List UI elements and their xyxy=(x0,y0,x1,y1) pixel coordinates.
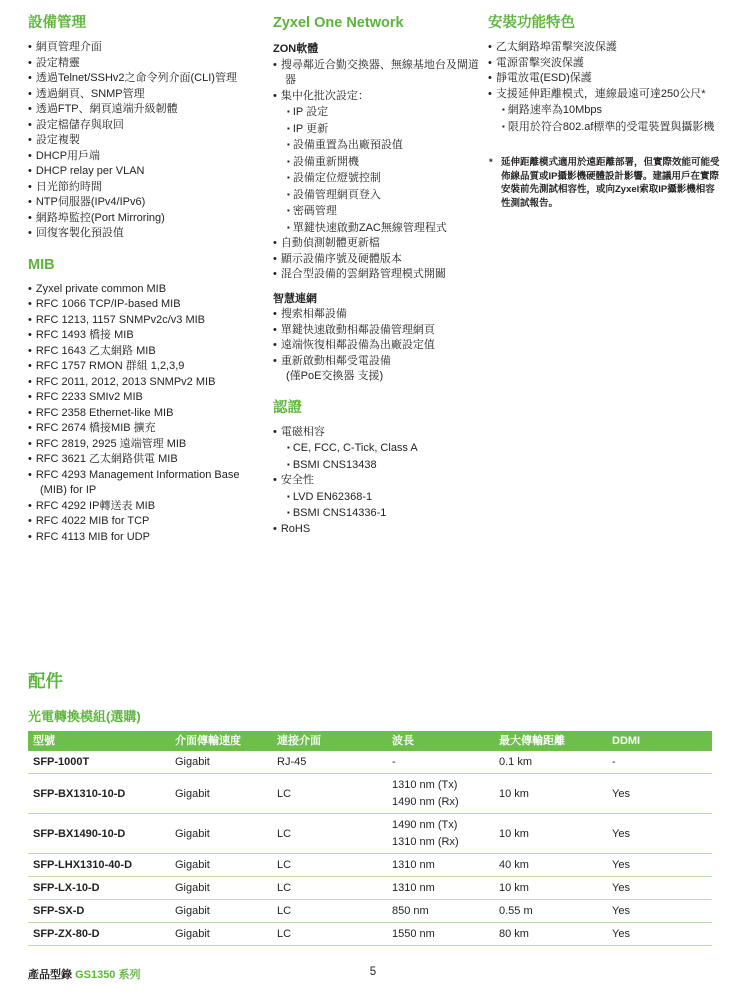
text: 認證 xyxy=(273,400,302,416)
section-heading: Zyxel One Network xyxy=(273,14,480,33)
section-heading: 設備管理 xyxy=(28,14,268,33)
bullet-icon: • xyxy=(28,212,32,224)
text: 透過FTP、網頁遠端升級韌體 xyxy=(36,103,178,115)
table-cell-ddmi: Yes xyxy=(607,774,712,814)
sfp-module-subheading: 光電轉換模組(選購) xyxy=(28,709,712,725)
bullet-icon: • xyxy=(28,283,32,295)
text: Zyxel private common MIB xyxy=(36,283,166,295)
list-item: ▪設備重新開機 xyxy=(273,154,480,171)
text: 安裝功能特色 xyxy=(488,15,575,31)
bullet-icon: • xyxy=(28,57,32,69)
table-row: SFP-BX1490-10-DGigabitLC1490 nm (Tx)1310… xyxy=(28,814,712,854)
bullet-icon: • xyxy=(273,59,277,71)
table-cell-connector: LC xyxy=(272,923,387,946)
table-cell-distance: 0.55 m xyxy=(494,900,607,923)
bullet-icon: • xyxy=(273,523,277,535)
list-item: •支援延伸距離模式，連線最遠可達250公尺* xyxy=(488,87,722,103)
bullet-icon: • xyxy=(28,196,32,208)
wavelength-line: 1490 nm (Tx) xyxy=(392,817,490,834)
column-installation-features: 安裝功能特色•乙太網路埠雷擊突波保護•電源雷擊突波保護•靜電放電(ESD)保護•… xyxy=(488,14,722,210)
table-cell-distance: 10 km xyxy=(494,774,607,814)
text: 遠端恢復相鄰設備為出廠設定值 xyxy=(281,339,435,351)
text: NTP伺服器(IPv4/IPv6) xyxy=(36,196,145,208)
text: 集中化批次設定： xyxy=(281,90,369,102)
wavelength-line: 1490 nm (Rx) xyxy=(392,794,490,811)
square-bullet-icon: ▪ xyxy=(287,460,290,469)
wavelength-line: - xyxy=(392,754,490,771)
text: LVD EN62368-1 xyxy=(293,491,372,503)
table-cell-wavelength: 1310 nm xyxy=(387,877,494,900)
table-cell-ddmi: Yes xyxy=(607,854,712,877)
list-item: ▪網路速率為10Mbps xyxy=(488,102,722,119)
table-cell-wavelength: 1310 nm xyxy=(387,854,494,877)
list-item: •電磁相容 xyxy=(273,425,480,441)
table-cell-connector: LC xyxy=(272,814,387,854)
bullet-icon: • xyxy=(28,103,32,115)
list-item: •乙太網路埠雷擊突波保護 xyxy=(488,40,722,56)
list-item: ▪設備定位燈號控制 xyxy=(273,170,480,187)
bullet-icon: • xyxy=(488,57,492,69)
square-bullet-icon: ▪ xyxy=(502,122,505,131)
bullet-icon: • xyxy=(488,72,492,84)
square-bullet-icon: ▪ xyxy=(287,492,290,501)
list-item: •RFC 1643 乙太網路 MIB xyxy=(28,344,268,360)
text: 密碼管理 xyxy=(293,205,337,217)
table-cell-model: SFP-1000T xyxy=(28,751,170,774)
table-cell-wavelength: 1550 nm xyxy=(387,923,494,946)
text: 日光節約時間 xyxy=(36,181,102,193)
list-item: ▪設備重置為出廠預設值 xyxy=(273,137,480,154)
bullet-icon: • xyxy=(28,345,32,357)
table-row: SFP-ZX-80-DGigabitLC1550 nm80 kmYes xyxy=(28,923,712,946)
text: RFC 1757 RMON 群組 1,2,3,9 xyxy=(36,360,185,372)
bullet-icon: • xyxy=(28,531,32,543)
table-cell-ddmi: Yes xyxy=(607,814,712,854)
table-cell-speed: Gigabit xyxy=(170,923,272,946)
table-cell-model: SFP-LX-10-D xyxy=(28,877,170,900)
table-cell-model: SFP-SX-D xyxy=(28,900,170,923)
bullet-icon: • xyxy=(28,134,32,146)
table-header-cell: 型號 xyxy=(28,731,170,751)
square-bullet-icon: ▪ xyxy=(287,223,290,232)
list-item: •重新啟動相鄰受電設備 xyxy=(273,354,480,370)
bullet-icon: • xyxy=(273,237,277,249)
bullet-icon: • xyxy=(273,339,277,351)
table-cell-wavelength: 1490 nm (Tx)1310 nm (Rx) xyxy=(387,814,494,854)
square-bullet-icon: ▪ xyxy=(287,140,290,149)
text: 回復客製化預設值 xyxy=(36,227,124,239)
list-item: •RFC 1213, 1157 SNMPv2c/v3 MIB xyxy=(28,313,268,329)
list-item: •DHCP用戶端 xyxy=(28,149,268,165)
list-item: •RoHS xyxy=(273,522,480,538)
bullet-icon: • xyxy=(488,88,492,100)
bullet-icon: • xyxy=(273,253,277,265)
text: RFC 4113 MIB for UDP xyxy=(36,531,150,543)
bullet-icon: • xyxy=(273,474,277,486)
text: RFC 2358 Ethernet-like MIB xyxy=(36,407,174,419)
list-item: •顯示設備序號及硬體版本 xyxy=(273,252,480,268)
subsection-heading: ZON軟體 xyxy=(273,42,480,58)
list-item: ▪IP 設定 xyxy=(273,104,480,121)
text: 電源雷擊突波保護 xyxy=(496,57,584,69)
table-cell-distance: 80 km xyxy=(494,923,607,946)
text: 設備重置為出廠預設值 xyxy=(293,139,403,151)
list-item: •RFC 2358 Ethernet-like MIB xyxy=(28,406,268,422)
text: RFC 1643 乙太網路 MIB xyxy=(36,345,156,357)
text: 設備定位燈號控制 xyxy=(293,172,381,184)
text: ZON軟體 xyxy=(273,43,318,55)
text: RoHS xyxy=(281,523,310,535)
list-item: •RFC 2674 橋接MIB 擴充 xyxy=(28,421,268,437)
page-number: 5 xyxy=(0,966,746,978)
bullet-icon: • xyxy=(28,391,32,403)
section-heading: 認證 xyxy=(273,399,480,418)
table-cell-connector: LC xyxy=(272,877,387,900)
bullet-icon: • xyxy=(28,438,32,450)
section-heading: 安裝功能特色 xyxy=(488,14,722,33)
list-item: •網路埠監控(Port Mirroring) xyxy=(28,211,268,227)
table-cell-speed: Gigabit xyxy=(170,814,272,854)
text: RFC 1066 TCP/IP-based MIB xyxy=(36,298,181,310)
table-cell-ddmi: Yes xyxy=(607,877,712,900)
list-item: ▪BSMI CNS13438 xyxy=(273,457,480,474)
table-cell-connector: LC xyxy=(272,854,387,877)
bullet-icon: • xyxy=(28,72,32,84)
bullet-icon: • xyxy=(28,88,32,100)
text: 設備重新開機 xyxy=(293,156,359,168)
table-cell-speed: Gigabit xyxy=(170,854,272,877)
bullet-icon: • xyxy=(273,355,277,367)
bullet-icon: • xyxy=(28,500,32,512)
table-cell-model: SFP-ZX-80-D xyxy=(28,923,170,946)
text: 延伸距離模式適用於遠距離部署，但實際效能可能受佈線品質或IP攝影機硬體設計影響。… xyxy=(501,157,720,209)
table-header-cell: 最大傳輸距離 xyxy=(494,731,607,751)
wavelength-line: 1550 nm xyxy=(392,926,490,943)
table-cell-wavelength: - xyxy=(387,751,494,774)
text: DHCP用戶端 xyxy=(36,150,100,162)
list-item: •集中化批次設定： xyxy=(273,89,480,105)
text: RFC 1213, 1157 SNMPv2c/v3 MIB xyxy=(36,314,205,326)
text: 顯示設備序號及硬體版本 xyxy=(281,253,402,265)
table-header-cell: DDMI xyxy=(607,731,712,751)
square-bullet-icon: ▪ xyxy=(287,107,290,116)
section-heading: MIB xyxy=(28,256,268,275)
table-cell-distance: 10 km xyxy=(494,877,607,900)
text: (僅PoE交換器 支援) xyxy=(286,370,383,382)
list-item: •設定精靈 xyxy=(28,56,268,72)
text: RFC 2819, 2925 遠端管理 MIB xyxy=(36,438,186,450)
list-item: •網頁管理介面 xyxy=(28,40,268,56)
text: 設定複製 xyxy=(36,134,80,146)
wavelength-line: 1310 nm (Rx) xyxy=(392,834,490,851)
table-cell-wavelength: 1310 nm (Tx)1490 nm (Rx) xyxy=(387,774,494,814)
table-cell-speed: Gigabit xyxy=(170,900,272,923)
text: 網路速率為10Mbps xyxy=(508,104,602,116)
bullet-icon: • xyxy=(28,360,32,372)
bullet-icon: • xyxy=(28,150,32,162)
list-item: •RFC 2819, 2925 遠端管理 MIB xyxy=(28,437,268,453)
wavelength-line: 1310 nm xyxy=(392,880,490,897)
table-cell-connector: LC xyxy=(272,774,387,814)
list-item: ▪BSMI CNS14336-1 xyxy=(273,505,480,522)
list-item: ▪密碼管理 xyxy=(273,203,480,220)
bullet-icon: • xyxy=(273,308,277,320)
list-item: •回復客製化預設值 xyxy=(28,226,268,242)
table-cell-speed: Gigabit xyxy=(170,877,272,900)
list-item: •單鍵快速啟動相鄰設備管理網頁 xyxy=(273,323,480,339)
list-item: ▪CE, FCC, C-Tick, Class A xyxy=(273,440,480,457)
footnote: *延伸距離模式適用於遠距離部署，但實際效能可能受佈線品質或IP攝影機硬體設計影響… xyxy=(488,156,722,210)
text: RFC 3621 乙太網路供電 MIB xyxy=(36,453,178,465)
text: 網頁管理介面 xyxy=(36,41,102,53)
bullet-icon: • xyxy=(28,298,32,310)
bullet-icon: • xyxy=(28,165,32,177)
text: RFC 1493 橋接 MIB xyxy=(36,329,134,341)
footnote-asterisk: * xyxy=(489,156,493,170)
list-item: •透過網頁、SNMP管理 xyxy=(28,87,268,103)
bullet-icon: • xyxy=(273,426,277,438)
table-header-row: 型號介面傳輸速度連接介面波長最大傳輸距離DDMI xyxy=(28,731,712,751)
text: 支援延伸距離模式，連線最遠可達250公尺* xyxy=(496,88,706,100)
bullet-icon: • xyxy=(28,376,32,388)
list-item: •設定檔儲存與取回 xyxy=(28,118,268,134)
table-cell-model: SFP-LHX1310-40-D xyxy=(28,854,170,877)
list-item: •遠端恢復相鄰設備為出廠設定值 xyxy=(273,338,480,354)
square-bullet-icon: ▪ xyxy=(287,124,290,133)
text: 設備管理網頁登入 xyxy=(293,189,381,201)
square-bullet-icon: ▪ xyxy=(502,105,505,114)
text: 混合型設備的雲網路管理模式開關 xyxy=(281,268,446,280)
list-item: (僅PoE交換器 支援) xyxy=(273,369,480,385)
square-bullet-icon: ▪ xyxy=(287,157,290,166)
bullet-icon: • xyxy=(273,268,277,280)
wavelength-line: 1310 nm (Tx) xyxy=(392,777,490,794)
list-item: •Zyxel private common MIB xyxy=(28,282,268,298)
text: IP 設定 xyxy=(293,106,328,118)
table-row: SFP-1000TGigabitRJ-45-0.1 km- xyxy=(28,751,712,774)
table-body: SFP-1000TGigabitRJ-45-0.1 km-SFP-BX1310-… xyxy=(28,751,712,946)
list-item: •日光節約時間 xyxy=(28,180,268,196)
table-cell-ddmi: - xyxy=(607,751,712,774)
wavelength-line: 1310 nm xyxy=(392,857,490,874)
text: RFC 4293 Management Information Base (MI… xyxy=(36,469,240,497)
text: 單鍵快速啟動相鄰設備管理網頁 xyxy=(281,324,435,336)
list-item: •RFC 3621 乙太網路供電 MIB xyxy=(28,452,268,468)
table-row: SFP-LX-10-DGigabitLC1310 nm10 kmYes xyxy=(28,877,712,900)
text: 網路埠監控(Port Mirroring) xyxy=(36,212,165,224)
list-item: ▪IP 更新 xyxy=(273,121,480,138)
list-item: •安全性 xyxy=(273,473,480,489)
subsection-heading: 智慧連網 xyxy=(273,292,480,308)
column-device-management: 設備管理•網頁管理介面•設定精靈•透過Telnet/SSHv2之命令列介面(CL… xyxy=(28,14,268,545)
bullet-icon: • xyxy=(28,407,32,419)
bullet-icon: • xyxy=(488,41,492,53)
text: 設定檔儲存與取回 xyxy=(36,119,124,131)
bullet-icon: • xyxy=(28,469,32,481)
wavelength-line: 850 nm xyxy=(392,903,490,920)
table-header-cell: 連接介面 xyxy=(272,731,387,751)
bullet-icon: • xyxy=(28,227,32,239)
column-zyxel-one-network: Zyxel One NetworkZON軟體•搜尋鄰近合勤交換器、無線基地台及閘… xyxy=(273,14,480,537)
text: 搜索相鄰設備 xyxy=(281,308,347,320)
list-item: •設定複製 xyxy=(28,133,268,149)
text: BSMI CNS13438 xyxy=(293,459,377,471)
table-cell-ddmi: Yes xyxy=(607,900,712,923)
bullet-icon: • xyxy=(273,90,277,102)
text: RFC 2674 橋接MIB 擴充 xyxy=(36,422,156,434)
bullet-icon: • xyxy=(28,181,32,193)
square-bullet-icon: ▪ xyxy=(287,206,290,215)
list-item: •RFC 2011, 2012, 2013 SNMPv2 MIB xyxy=(28,375,268,391)
list-item: •RFC 4022 MIB for TCP xyxy=(28,514,268,530)
table-cell-distance: 0.1 km xyxy=(494,751,607,774)
list-item: •RFC 1493 橋接 MIB xyxy=(28,328,268,344)
list-item: ▪設備管理網頁登入 xyxy=(273,187,480,204)
text: 透過網頁、SNMP管理 xyxy=(36,88,145,100)
text: IP 更新 xyxy=(293,123,328,135)
bullet-icon: • xyxy=(28,119,32,131)
list-item: •NTP伺服器(IPv4/IPv6) xyxy=(28,195,268,211)
table-cell-connector: RJ-45 xyxy=(272,751,387,774)
table-cell-distance: 40 km xyxy=(494,854,607,877)
text: 安全性 xyxy=(281,474,314,486)
text: 設備管理 xyxy=(28,15,86,31)
list-item: •自動偵測韌體更新檔 xyxy=(273,236,480,252)
table-cell-wavelength: 850 nm xyxy=(387,900,494,923)
text: RFC 4022 MIB for TCP xyxy=(36,515,150,527)
list-item: •RFC 4293 Management Information Base (M… xyxy=(28,468,268,499)
list-item: ▪單鍵快速啟動ZAC無線管理程式 xyxy=(273,220,480,237)
table-cell-model: SFP-BX1490-10-D xyxy=(28,814,170,854)
text: 靜電放電(ESD)保護 xyxy=(496,72,592,84)
text: CE, FCC, C-Tick, Class A xyxy=(293,442,418,454)
table-cell-speed: Gigabit xyxy=(170,774,272,814)
text: 單鍵快速啟動ZAC無線管理程式 xyxy=(293,222,447,234)
table-row: SFP-SX-DGigabitLC850 nm0.55 mYes xyxy=(28,900,712,923)
table-header-cell: 波長 xyxy=(387,731,494,751)
bullet-icon: • xyxy=(28,422,32,434)
bullet-icon: • xyxy=(28,41,32,53)
list-item: ▪限用於符合802.af標準的受電裝置與攝影機 xyxy=(488,119,722,136)
bullet-icon: • xyxy=(28,453,32,465)
table-row: SFP-BX1310-10-DGigabitLC1310 nm (Tx)1490… xyxy=(28,774,712,814)
table-cell-connector: LC xyxy=(272,900,387,923)
text: DHCP relay per VLAN xyxy=(36,165,145,177)
square-bullet-icon: ▪ xyxy=(287,190,290,199)
list-item: •RFC 1066 TCP/IP-based MIB xyxy=(28,297,268,313)
text: MIB xyxy=(28,257,55,273)
accessories-section: 配件 光電轉換模組(選購) 型號介面傳輸速度連接介面波長最大傳輸距離DDMI S… xyxy=(28,670,712,946)
list-item: •搜尋鄰近合勤交換器、無線基地台及閘道器 xyxy=(273,58,480,89)
text: 電磁相容 xyxy=(281,426,325,438)
list-item: •RFC 1757 RMON 群組 1,2,3,9 xyxy=(28,359,268,375)
list-item: •透過FTP、網頁遠端升級韌體 xyxy=(28,102,268,118)
text: RFC 4292 IP轉送表 MIB xyxy=(36,500,155,512)
list-item: •混合型設備的雲網路管理模式開關 xyxy=(273,267,480,283)
table-cell-distance: 10 km xyxy=(494,814,607,854)
text: RFC 2233 SMIv2 MIB xyxy=(36,391,143,403)
list-item: •RFC 2233 SMIv2 MIB xyxy=(28,390,268,406)
text: 限用於符合802.af標準的受電裝置與攝影機 xyxy=(508,121,715,133)
text: RFC 2011, 2012, 2013 SNMPv2 MIB xyxy=(36,376,216,388)
table-cell-model: SFP-BX1310-10-D xyxy=(28,774,170,814)
datasheet-page: 設備管理•網頁管理介面•設定精靈•透過Telnet/SSHv2之命令列介面(CL… xyxy=(0,0,746,997)
bullet-icon: • xyxy=(28,329,32,341)
list-item: •RFC 4292 IP轉送表 MIB xyxy=(28,499,268,515)
list-item: •DHCP relay per VLAN xyxy=(28,164,268,180)
bullet-icon: • xyxy=(273,324,277,336)
text: 自動偵測韌體更新檔 xyxy=(281,237,380,249)
list-item: •電源雷擊突波保護 xyxy=(488,56,722,72)
text: 搜尋鄰近合勤交換器、無線基地台及閘道器 xyxy=(281,59,479,87)
sfp-module-table: 型號介面傳輸速度連接介面波長最大傳輸距離DDMI SFP-1000TGigabi… xyxy=(28,731,712,946)
table-header-cell: 介面傳輸速度 xyxy=(170,731,272,751)
list-item: •透過Telnet/SSHv2之命令列介面(CLI)管理 xyxy=(28,71,268,87)
accessories-heading: 配件 xyxy=(28,670,712,692)
text: 乙太網路埠雷擊突波保護 xyxy=(496,41,617,53)
table-cell-ddmi: Yes xyxy=(607,923,712,946)
text: Zyxel One Network xyxy=(273,15,404,31)
bullet-icon: • xyxy=(28,515,32,527)
list-item: •搜索相鄰設備 xyxy=(273,307,480,323)
table-row: SFP-LHX1310-40-DGigabitLC1310 nm40 kmYes xyxy=(28,854,712,877)
text: BSMI CNS14336-1 xyxy=(293,507,387,519)
square-bullet-icon: ▪ xyxy=(287,173,290,182)
text: 智慧連網 xyxy=(273,293,317,305)
square-bullet-icon: ▪ xyxy=(287,443,290,452)
text: 透過Telnet/SSHv2之命令列介面(CLI)管理 xyxy=(36,72,237,84)
list-item: •RFC 4113 MIB for UDP xyxy=(28,530,268,546)
square-bullet-icon: ▪ xyxy=(287,508,290,517)
table-cell-speed: Gigabit xyxy=(170,751,272,774)
list-item: •靜電放電(ESD)保護 xyxy=(488,71,722,87)
text: 重新啟動相鄰受電設備 xyxy=(281,355,391,367)
bullet-icon: • xyxy=(28,314,32,326)
text: 設定精靈 xyxy=(36,57,80,69)
list-item: ▪LVD EN62368-1 xyxy=(273,489,480,506)
